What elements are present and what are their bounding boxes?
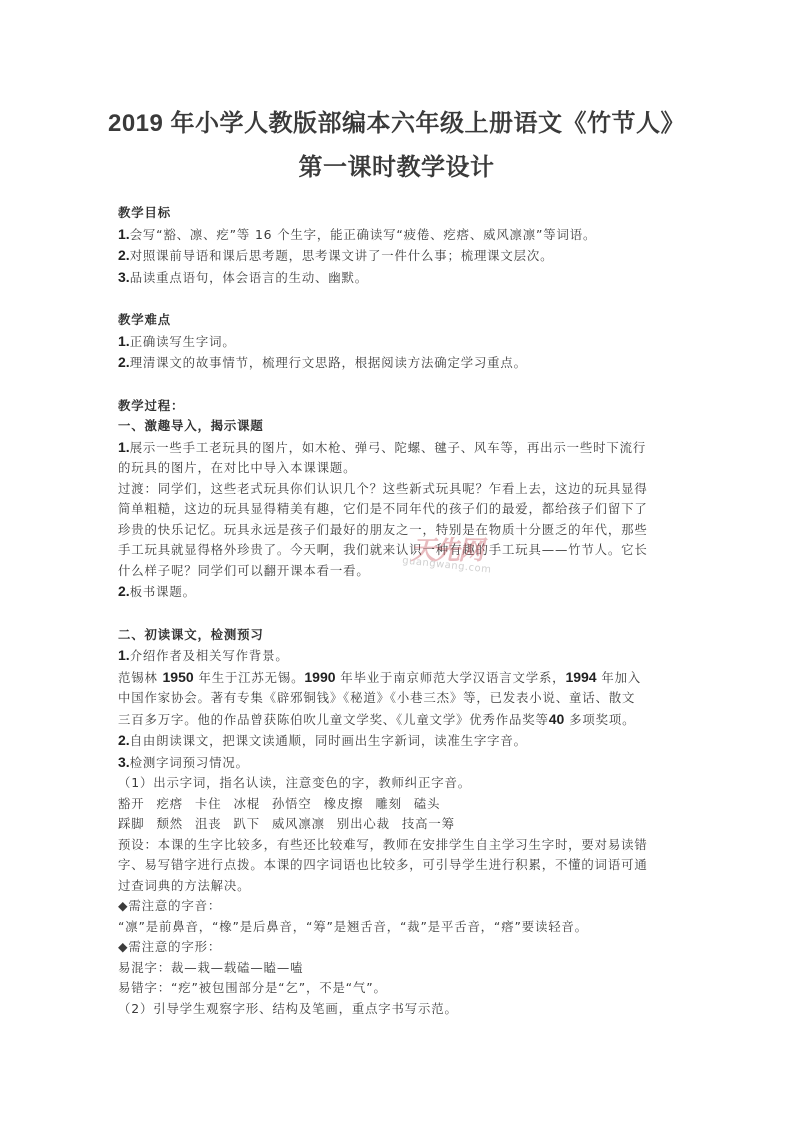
transition-line-3: 珍贵的快乐记忆。玩具永远是孩子们最好的朋友之一，特别是在物质十分匮乏的年代，那些 <box>118 520 683 541</box>
confusing-characters: 易混字：裁—栽—载磕—瞌—嗑 <box>118 958 683 979</box>
goal-number: 1. <box>118 226 130 242</box>
goal-text: 会写“豁、凛、疙”等 16 个生字，能正确读写“疲倦、疙瘩、威风凛凛”等词语。 <box>130 227 597 242</box>
difficulty-item-1: 1.正确读写生字词。 <box>118 331 683 353</box>
goal-item-1: 1.会写“豁、凛、疙”等 16 个生字，能正确读写“疲倦、疙瘩、威风凛凛”等词语… <box>118 224 683 246</box>
section2-heading: 二、初读课文，检测预习 <box>118 625 683 646</box>
goal-item-2: 2.对照课前导语和课后思考题，思考课文讲了一件什么事；梳理课文层次。 <box>118 245 683 267</box>
section2-item3: 3.检测字词预习情况。 <box>118 752 683 774</box>
transition-line-1: 过渡：同学们，这些老式玩具你们认识几个？这些新式玩具呢？乍看上去，这边的玩具显得 <box>118 479 683 500</box>
paragraph-text: 检测字词预习情况。 <box>130 755 249 770</box>
vocabulary-word: 卡住 <box>195 796 221 811</box>
difficulties-heading: 教学难点 <box>118 310 683 331</box>
section2-item2: 2.自由朗读课文，把课文读通顺，同时画出生字新词，读准生字字音。 <box>118 730 683 752</box>
text: 多项奖项。 <box>564 712 635 727</box>
vocabulary-word: 趴下 <box>233 816 259 831</box>
item-number: 2. <box>118 732 130 748</box>
shape-heading: ◆需注意的字形： <box>118 937 683 958</box>
difficulty-text: 理清课文的故事情节，梳理行文思路，根据阅读方法确定学习重点。 <box>130 355 527 370</box>
spacer <box>118 374 683 396</box>
paragraph-text: 引导学生观察字形、结构及笔画，重点字书写示范。 <box>153 1001 458 1016</box>
vocabulary-word: 沮丧 <box>195 816 221 831</box>
paragraph-text: 自由朗读课文，把课文读通顺，同时画出生字新词，读准生字字音。 <box>130 733 527 748</box>
vocabulary-word: 颓然 <box>156 816 182 831</box>
pronunciation-heading: ◆需注意的字音： <box>118 896 683 917</box>
goal-number: 3. <box>118 269 130 285</box>
goal-text: 对照课前导语和课后思考题，思考课文讲了一件什么事；梳理课文层次。 <box>130 248 554 263</box>
section2-item1: 1.介绍作者及相关写作背景。 <box>118 645 683 667</box>
process-heading: 教学过程： <box>118 396 683 417</box>
vocabulary-word: 磕头 <box>414 796 440 811</box>
text: 范锡林 <box>118 670 163 685</box>
document-title-line1: 2019 年小学人教版部编本六年级上册语文《竹节人》 <box>0 103 793 138</box>
vocabulary-word: 技高一筹 <box>402 816 455 831</box>
difficulty-number: 2. <box>118 354 130 370</box>
text: 年加入 <box>597 670 642 685</box>
difficulty-item-2: 2.理清课文的故事情节，梳理行文思路，根据阅读方法确定学习重点。 <box>118 352 683 374</box>
document-body: 教学目标 1.会写“豁、凛、疙”等 16 个生字，能正确读写“疲倦、疙瘩、威风凛… <box>118 203 683 1019</box>
difficulty-number: 1. <box>118 333 130 349</box>
author-line-1: 范锡林 1950 年生于江苏无锡。1990 年毕业于南京师范大学汉语言文学系，1… <box>118 667 683 689</box>
paragraph-text: 出示字词，指名认读，注意变色的字，教师纠正字音。 <box>153 775 471 790</box>
pronunciation-text: “凛”是前鼻音，“橡”是后鼻音，“筹”是翘舌音，“裁”是平舌音，“瘩”要读轻音。 <box>118 917 683 938</box>
section1-item1-line2: 的玩具的图片，在对比中导入本课课题。 <box>118 458 683 479</box>
year: 1990 <box>304 669 335 685</box>
preset-line-3: 过查词典的方法解决。 <box>118 876 683 897</box>
spacer <box>118 288 683 310</box>
spacer <box>118 603 683 625</box>
vocabulary-word: 疙瘩 <box>156 796 182 811</box>
vocabulary-word: 踩脚 <box>118 816 144 831</box>
vocabulary-word: 豁开 <box>118 796 144 811</box>
vocabulary-word: 橡皮擦 <box>324 796 364 811</box>
vocabulary-word: 冰棍 <box>233 796 259 811</box>
goal-number: 2. <box>118 247 130 263</box>
vocabulary-word: 孙悟空 <box>272 796 312 811</box>
sub-item-2: （2）引导学生观察字形、结构及笔画，重点字书写示范。 <box>118 999 683 1020</box>
paragraph-text: 介绍作者及相关写作背景。 <box>130 648 289 663</box>
item-number: 2. <box>118 583 130 599</box>
sub-number: （2） <box>118 1001 153 1016</box>
year: 1950 <box>163 669 194 685</box>
vocabulary-word: 雕刻 <box>375 796 401 811</box>
document-title-line2: 第一课时教学设计 <box>0 147 793 182</box>
text: 年生于江苏无锡。 <box>194 670 305 685</box>
word-list-row-2: 踩脚颓然沮丧趴下威风凛凛别出心裁技高一筹 <box>118 814 683 835</box>
text: 三百多万字。他的作品曾获陈伯吹儿童文学奖、《儿童文学》优秀作品奖等 <box>118 712 549 727</box>
paragraph-text: 展示一些手工老玩具的图片，如木枪、弹弓、陀螺、毽子、风车等，再出示一些时下流行 <box>130 440 646 455</box>
vocabulary-word: 别出心裁 <box>337 816 390 831</box>
goal-item-3: 3.品读重点语句，体会语言的生动、幽默。 <box>118 267 683 289</box>
item-number: 1. <box>118 647 130 663</box>
preset-line-1: 预设：本课的生字比较多，有些还比较难写，教师在安排学生自主学习生字时，要对易读错 <box>118 835 683 856</box>
item-number: 3. <box>118 754 130 770</box>
section1-heading: 一、激趣导入，揭示课题 <box>118 416 683 437</box>
author-line-2: 中国作家协会。著有专集《辟邪铜钱》《秘道》《小巷三杰》等，已发表小说、童话、散文 <box>118 688 683 709</box>
transition-line-2: 简单粗糙，这边的玩具显得精美有趣，它们是不同年代的孩子们的最爱，都给孩子们留下了 <box>118 499 683 520</box>
paragraph-text: 板书课题。 <box>130 584 196 599</box>
vocabulary-word: 威风凛凛 <box>272 816 325 831</box>
sub-number: （1） <box>118 775 153 790</box>
text: 年毕业于南京师范大学汉语言文学系， <box>336 670 566 685</box>
item-number: 1. <box>118 439 130 455</box>
goal-text: 品读重点语句，体会语言的生动、幽默。 <box>130 270 368 285</box>
transition-line-4: 手工玩具就显得格外珍贵了。今天啊，我们就来认识一种有趣的手工玩具——竹节人。它长 <box>118 540 683 561</box>
transition-line-5: 什么样子呢？同学们可以翻开课本看一看。 <box>118 561 683 582</box>
error-prone-characters: 易错字：“疙”被包围部分是“乞”，不是“气”。 <box>118 978 683 999</box>
section1-item1-line1: 1.展示一些手工老玩具的图片，如木枪、弹弓、陀螺、毽子、风车等，再出示一些时下流… <box>118 437 683 459</box>
author-line-3: 三百多万字。他的作品曾获陈伯吹儿童文学奖、《儿童文学》优秀作品奖等40 多项奖项… <box>118 709 683 731</box>
document-page: 2019 年小学人教版部编本六年级上册语文《竹节人》 第一课时教学设计 教学目标… <box>0 0 793 1122</box>
sub-item-1: （1）出示字词，指名认读，注意变色的字，教师纠正字音。 <box>118 773 683 794</box>
difficulty-text: 正确读写生字词。 <box>130 334 236 349</box>
word-list-row-1: 豁开疙瘩卡住冰棍孙悟空橡皮擦雕刻磕头 <box>118 794 683 815</box>
goals-heading: 教学目标 <box>118 203 683 224</box>
year: 1994 <box>565 669 596 685</box>
preset-line-2: 字、易写错字进行点拨。本课的四字词语也比较多，可引导学生进行积累，不懂的词语可通 <box>118 855 683 876</box>
section1-item2: 2.板书课题。 <box>118 581 683 603</box>
count: 40 <box>549 711 565 727</box>
